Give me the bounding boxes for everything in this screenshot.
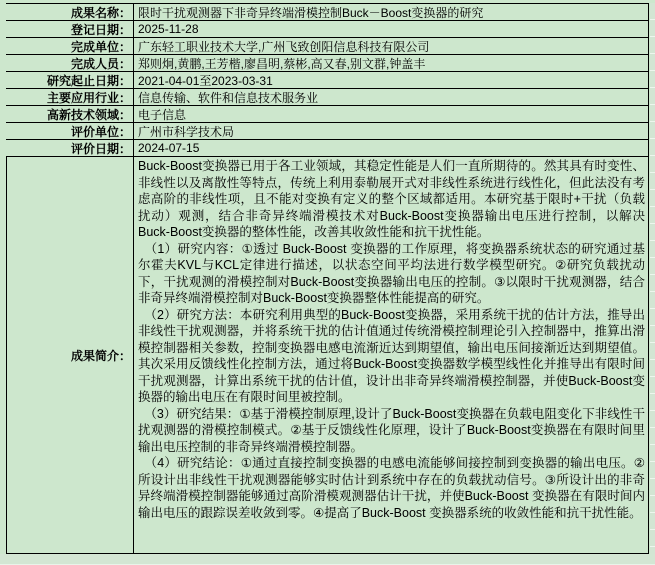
field-value-evaluation-date: 2024-07-15 [133, 140, 648, 156]
row-evaluation-date: 评价日期： 2024-07-15 [6, 140, 648, 157]
row-completing-personnel: 完成人员： 郑则炯,黄鹏,王芳楷,廖昌明,蔡彬,高又春,别文群,钟盖丰 [6, 55, 648, 72]
spreadsheet-document: 成果名称： 限时干扰观测器下非奇异终端滑模控制Buck－Boost变换器的研究 … [0, 0, 655, 565]
field-value-evaluation-unit: 广州市科学技术局 [133, 123, 648, 139]
field-label-completing-units: 完成单位： [6, 38, 133, 54]
field-label-registration-date: 登记日期： [6, 21, 133, 37]
row-achievement-name: 成果名称： 限时干扰观测器下非奇异终端滑模控制Buck－Boost变换器的研究 [6, 4, 648, 21]
field-value-achievement-summary: Buck-Boost变换器已用于各工业领域，其稳定性能是人们一直所期待的。然其具… [133, 157, 648, 553]
field-label-evaluation-unit: 评价单位： [6, 123, 133, 139]
row-completing-units: 完成单位： 广东轻工职业技术大学,广州飞致创阳信息科技有限公司 [6, 38, 648, 55]
row-evaluation-unit: 评价单位： 广州市科学技术局 [6, 123, 648, 140]
field-label-research-period: 研究起止日期： [6, 72, 133, 88]
achievement-registration-table: 成果名称： 限时干扰观测器下非奇异终端滑模控制Buck－Boost变换器的研究 … [6, 3, 649, 554]
field-label-hightech-field: 高新技术领域： [6, 106, 133, 122]
sheet-margin-right [650, 3, 655, 554]
row-research-period: 研究起止日期： 2021-04-01至2023-03-31 [6, 72, 648, 89]
row-achievement-summary: 成果简介： Buck-Boost变换器已用于各工业领域，其稳定性能是人们一直所期… [6, 157, 648, 554]
row-application-industry: 主要应用行业： 信息传输、软件和信息技术服务业 [6, 89, 648, 106]
field-value-completing-units: 广东轻工职业技术大学,广州飞致创阳信息科技有限公司 [133, 38, 648, 54]
field-value-registration-date: 2025-11-28 [133, 21, 648, 37]
row-hightech-field: 高新技术领域： 电子信息 [6, 106, 648, 123]
field-value-application-industry: 信息传输、软件和信息技术服务业 [133, 89, 648, 105]
field-label-achievement-summary: 成果简介： [7, 157, 133, 553]
field-value-completing-personnel: 郑则炯,黄鹏,王芳楷,廖昌明,蔡彬,高又春,别文群,钟盖丰 [133, 55, 648, 71]
field-value-research-period: 2021-04-01至2023-03-31 [133, 72, 648, 88]
sheet-margin-bottom [0, 554, 655, 565]
field-value-achievement-name: 限时干扰观测器下非奇异终端滑模控制Buck－Boost变换器的研究 [133, 4, 648, 20]
field-value-hightech-field: 电子信息 [133, 106, 648, 122]
row-registration-date: 登记日期： 2025-11-28 [6, 21, 648, 38]
field-label-application-industry: 主要应用行业： [6, 89, 133, 105]
field-label-evaluation-date: 评价日期： [6, 140, 133, 156]
field-label-completing-personnel: 完成人员： [6, 55, 133, 71]
field-label-achievement-name: 成果名称： [6, 4, 133, 20]
